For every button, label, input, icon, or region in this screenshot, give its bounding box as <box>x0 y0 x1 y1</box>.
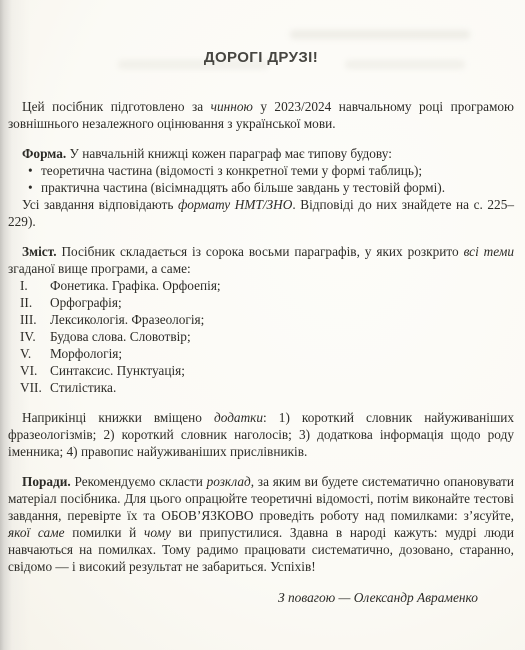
forma-tail-paragraph: Усі завдання відповідають формату НМТ/ЗН… <box>8 196 514 230</box>
forma-lead-paragraph: Форма. У навчальній книжці кожен парагра… <box>8 145 514 162</box>
text-run: згаданої вище програми, а саме: <box>8 261 191 276</box>
toc-item: II. Орфографія; <box>8 294 514 311</box>
page-content: ДОРОГІ ДРУЗІ! Цей посібник підготовлено … <box>8 49 514 606</box>
text-run: Усі завдання відповідають <box>22 197 178 212</box>
showthrough-artifact <box>290 30 470 39</box>
toc-number: II. <box>20 294 50 311</box>
toc-number: VII. <box>20 379 50 396</box>
text-run: помилки й <box>65 525 144 540</box>
text-run: У навчальній книжці кожен параграф має т… <box>66 146 392 161</box>
toc-item: III. Лексикологія. Фразеологія; <box>8 311 514 328</box>
toc-label: Морфологія; <box>50 345 514 362</box>
bullet-icon: • <box>8 179 41 196</box>
signature: З повагою — Олександр Авраменко <box>8 589 478 606</box>
toc-item: VI. Синтаксис. Пунктуація; <box>8 362 514 379</box>
text-run: додатки <box>214 410 263 425</box>
text-run: Наприкінці книжки вміщено <box>22 410 214 425</box>
page-title: ДОРОГІ ДРУЗІ! <box>8 49 514 67</box>
text-run: Цей посібник підготовлено за <box>22 99 211 114</box>
toc-item: IV. Будова слова. Словотвір; <box>8 328 514 345</box>
toc-number: IV. <box>20 328 50 345</box>
zmist-lead-paragraph: Зміст. Посібник складається із сорока во… <box>8 243 514 277</box>
toc-label: Лексикологія. Фразеологія; <box>50 311 514 328</box>
bullet-icon: • <box>8 162 41 179</box>
toc-number: V. <box>20 345 50 362</box>
text-run: Форма. <box>22 146 66 161</box>
bullet-item-theory: • теоретична частина (відомості з конкре… <box>8 162 514 179</box>
book-page: ДОРОГІ ДРУЗІ! Цей посібник підготовлено … <box>0 0 525 650</box>
text-run: формату НМТ/ЗНО <box>178 197 292 212</box>
text-run: всі теми <box>464 244 514 259</box>
text-run: Поради. <box>22 474 71 489</box>
toc-item: V. Морфологія; <box>8 345 514 362</box>
text-run: Рекомендуємо скласти <box>71 474 207 489</box>
toc-item: I. Фонетика. Графіка. Орфоепія; <box>8 277 514 294</box>
toc-number: VI. <box>20 362 50 379</box>
text-run: Зміст. <box>22 244 57 259</box>
text-run: Посібник складається із сорока восьми па… <box>57 244 464 259</box>
toc-label: Стилістика. <box>50 379 514 396</box>
toc-item: VII. Стилістика. <box>8 379 514 396</box>
advice-paragraph: Поради. Рекомендуємо скласти розклад, за… <box>8 473 514 575</box>
text-run: якої саме <box>8 525 65 540</box>
intro-paragraph: Цей посібник підготовлено за чинною у 20… <box>8 98 514 132</box>
toc-list: I. Фонетика. Графіка. Орфоепія; II. Орфо… <box>8 277 514 396</box>
text-run: З повагою — Олександр Авраменко <box>278 590 478 605</box>
toc-label: Будова слова. Словотвір; <box>50 328 514 345</box>
bullet-text: теоретична частина (відомості з конкретн… <box>41 162 514 179</box>
appendices-paragraph: Наприкінці книжки вміщено додатки: 1) ко… <box>8 409 514 460</box>
toc-label: Синтаксис. Пунктуація; <box>50 362 514 379</box>
bullet-text: практична частина (вісімнадцять або біль… <box>41 179 514 196</box>
text-run: чинною <box>211 99 253 114</box>
toc-label: Фонетика. Графіка. Орфоепія; <box>50 277 514 294</box>
text-run: розклад <box>207 474 251 489</box>
toc-number: I. <box>20 277 50 294</box>
text-run: чому <box>144 525 171 540</box>
bullet-item-practice: • практична частина (вісімнадцять або бі… <box>8 179 514 196</box>
text-run: теоретична частина (відомості з конкретн… <box>41 163 422 178</box>
text-run: практична частина (вісімнадцять або біль… <box>41 180 445 195</box>
toc-number: III. <box>20 311 50 328</box>
toc-label: Орфографія; <box>50 294 514 311</box>
